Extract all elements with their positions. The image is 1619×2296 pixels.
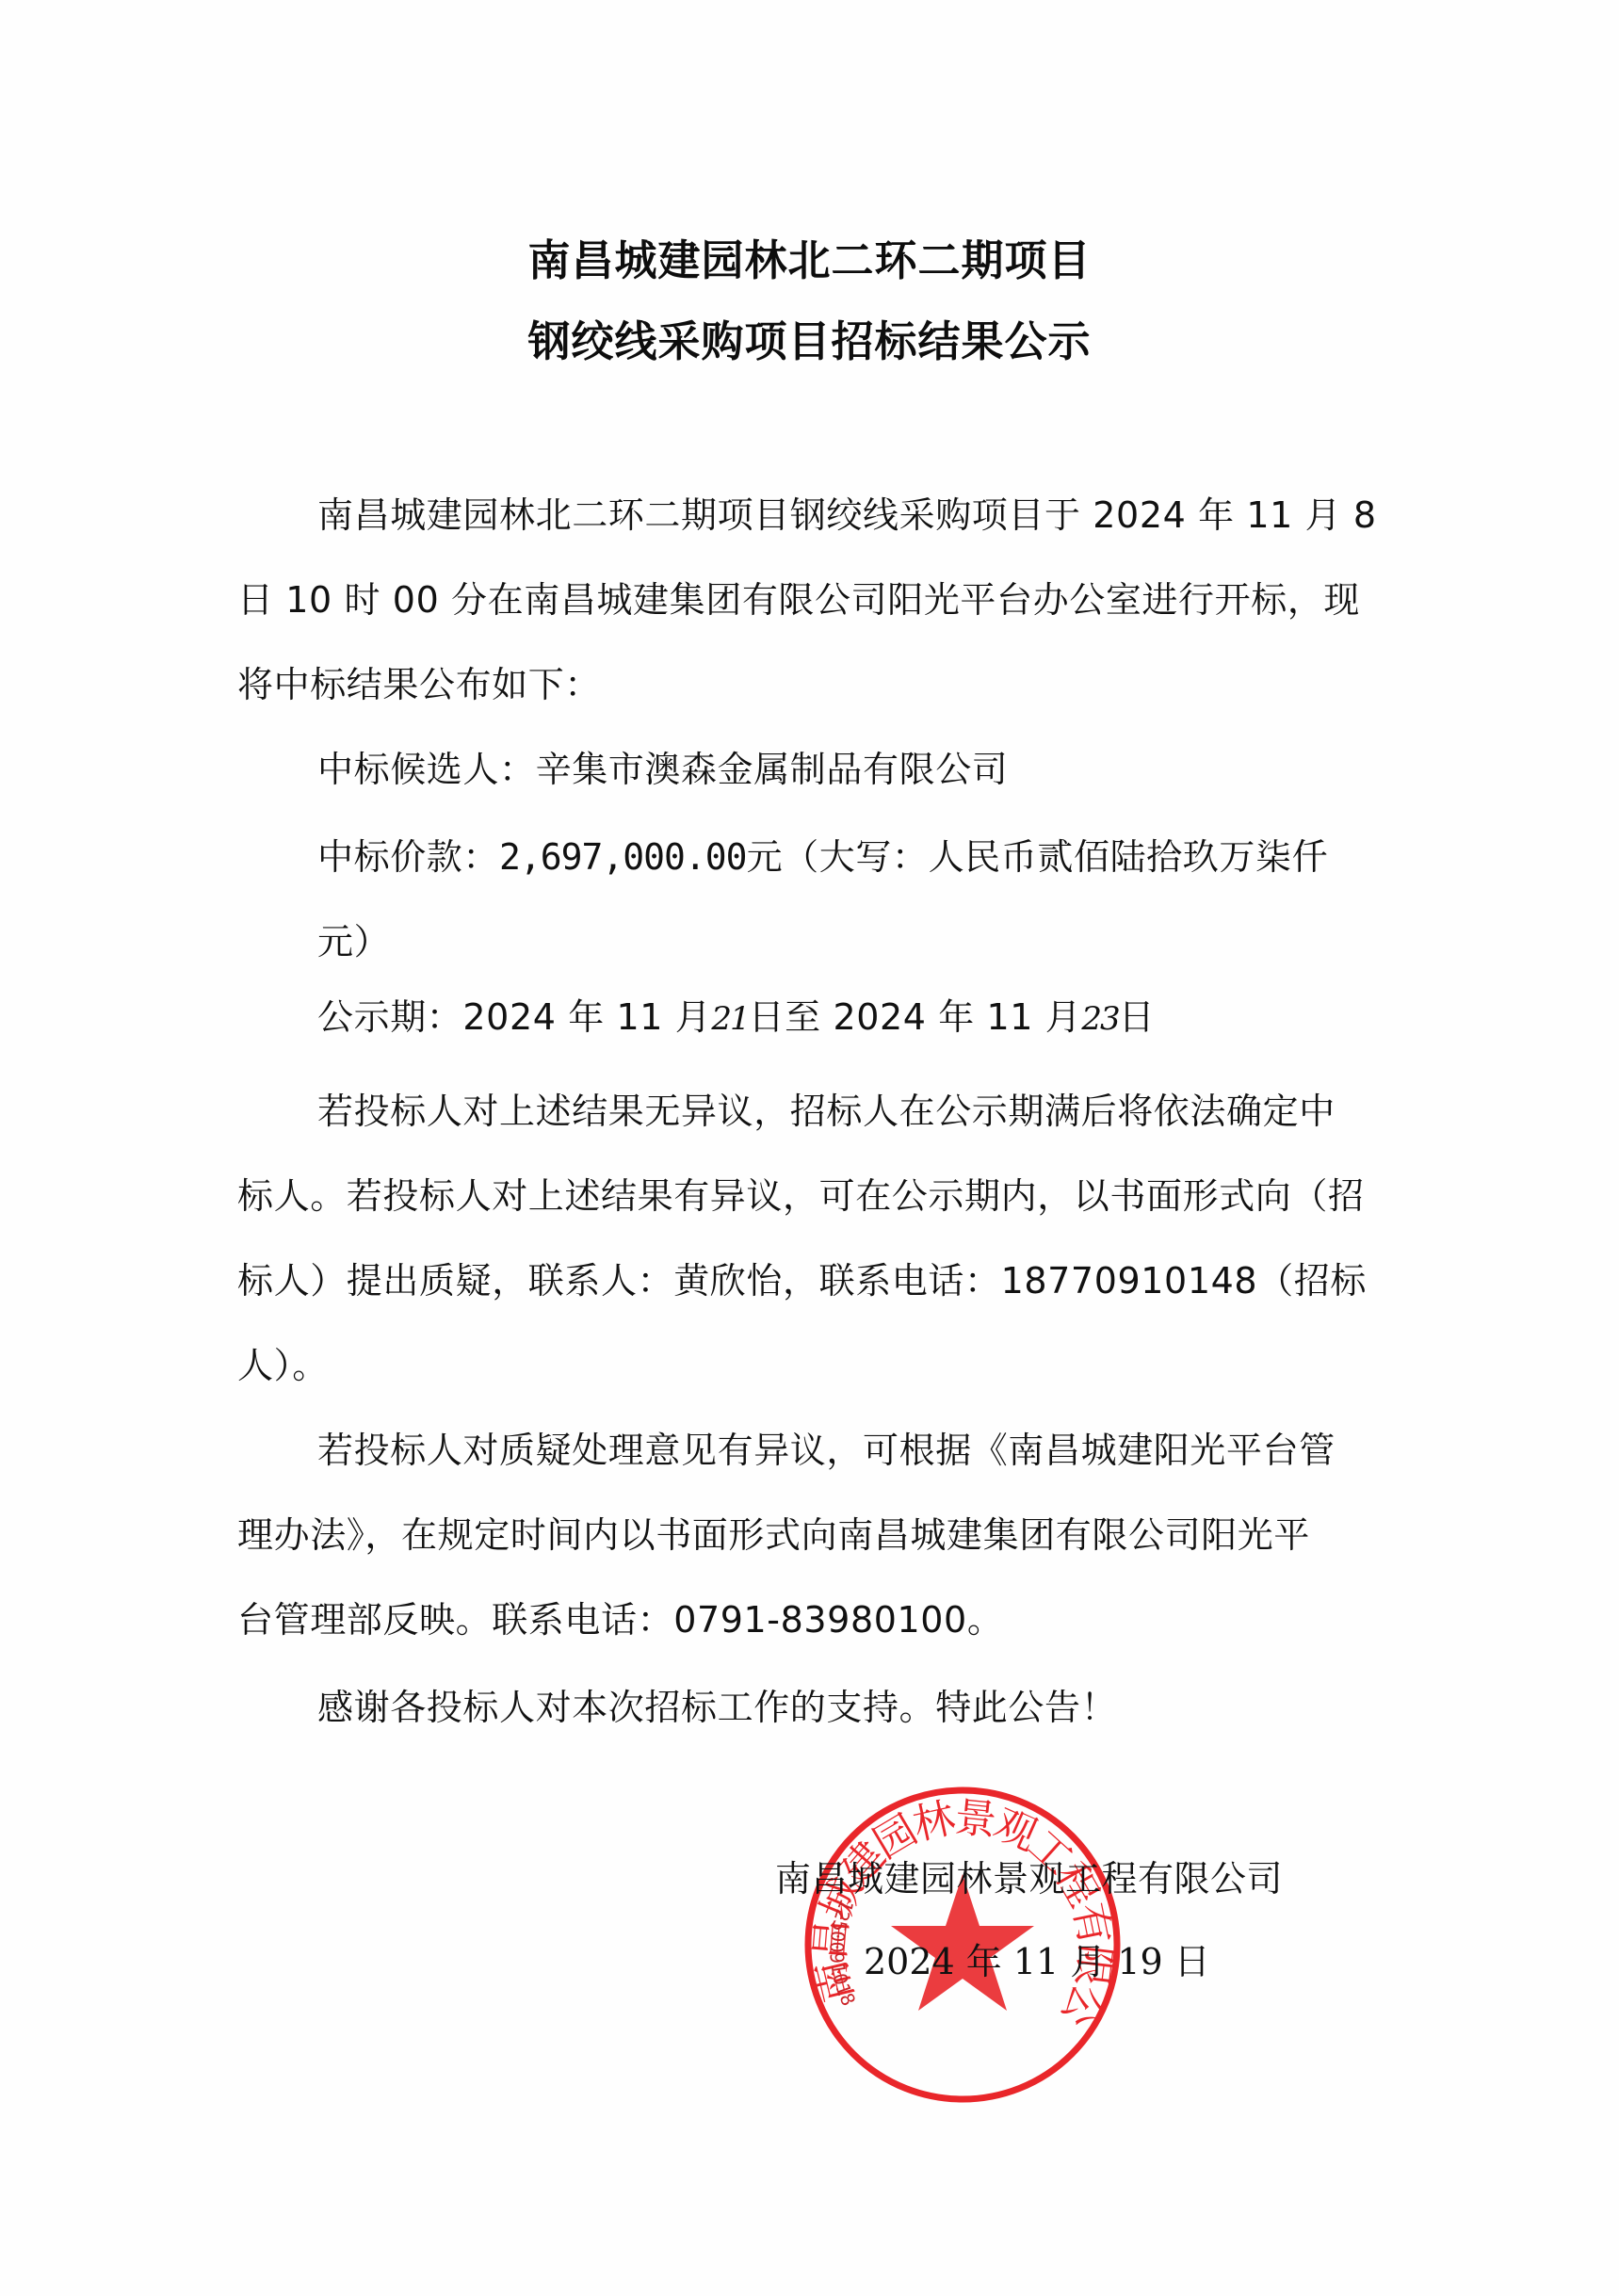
signature-company: 南昌城建园林景观工程有限公司 xyxy=(775,1856,1283,1901)
winning-price-unit: 元 xyxy=(747,836,784,878)
winning-price: 中标价款：2,697,000.00元（大写：人民币贰佰陆拾玖万柒仟 xyxy=(317,834,1328,880)
document-title-line2: 钢绞线采购项目招标结果公示 xyxy=(0,315,1619,368)
winning-price-uppercase-2: 元） xyxy=(317,919,390,964)
document-title-line1: 南昌城建园林北二环二期项目 xyxy=(0,234,1619,287)
winning-candidate: 中标候选人：辛集市澳森金属制品有限公司 xyxy=(317,747,1008,792)
objection-line-4: 人）。 xyxy=(237,1343,329,1388)
intro-line-3: 将中标结果公布如下： xyxy=(237,662,601,707)
winning-price-uppercase-1: （大写：人民币贰佰陆拾玖万柒仟 xyxy=(783,836,1328,878)
objection-line-1: 若投标人对上述结果无异议，招标人在公示期满后将依法确定中 xyxy=(317,1089,1336,1134)
publicity-start-day-handwritten: 21 xyxy=(711,1000,748,1038)
intro-line-2: 日 10 时 00 分在南昌城建集团有限公司阳光平台办公室进行开标，现 xyxy=(237,577,1360,623)
announcement-page: 南昌城建园林北二环二期项目 钢绞线采购项目招标结果公示 南昌城建园林北二环二期项… xyxy=(0,0,1619,2296)
objection-line-2: 标人。若投标人对上述结果有异议，可在公示期内，以书面形式向（招 xyxy=(237,1173,1365,1219)
publicity-mid: 日至 2024 年 11 月 xyxy=(749,996,1082,1038)
publicity-period: 公示期：2024 年 11 月21日至 2024 年 11 月23日 xyxy=(317,994,1155,1042)
signature-date: 2024 年 11 月 19 日 xyxy=(864,1939,1210,1984)
appeal-line-3: 台管理部反映。联系电话：0791-83980100。 xyxy=(237,1597,1003,1642)
objection-line-3: 标人）提出质疑，联系人：黄欣怡，联系电话：18770910148（招标 xyxy=(237,1258,1367,1303)
publicity-end-day-handwritten: 23 xyxy=(1081,1000,1118,1038)
publicity-start-prefix: 2024 年 11 月 xyxy=(462,996,711,1038)
closing-statement: 感谢各投标人对本次招标工作的支持。特此公告！ xyxy=(317,1685,1117,1730)
publicity-period-label: 公示期： xyxy=(317,996,462,1038)
appeal-line-2: 理办法》，在规定时间内以书面形式向南昌城建集团有限公司阳光平 xyxy=(237,1512,1310,1558)
winning-candidate-value: 辛集市澳森金属制品有限公司 xyxy=(536,749,1009,790)
winning-price-label: 中标价款： xyxy=(317,836,499,878)
winning-price-amount: 2,697,000.00 xyxy=(499,836,747,878)
winning-candidate-label: 中标候选人： xyxy=(317,749,536,790)
publicity-suffix: 日 xyxy=(1119,996,1156,1038)
intro-line-1: 南昌城建园林北二环二期项目钢绞线采购项目于 2024 年 11 月 8 xyxy=(317,493,1377,538)
appeal-line-1: 若投标人对质疑处理意见有异议，可根据《南昌城建阳光平台管 xyxy=(317,1428,1336,1473)
